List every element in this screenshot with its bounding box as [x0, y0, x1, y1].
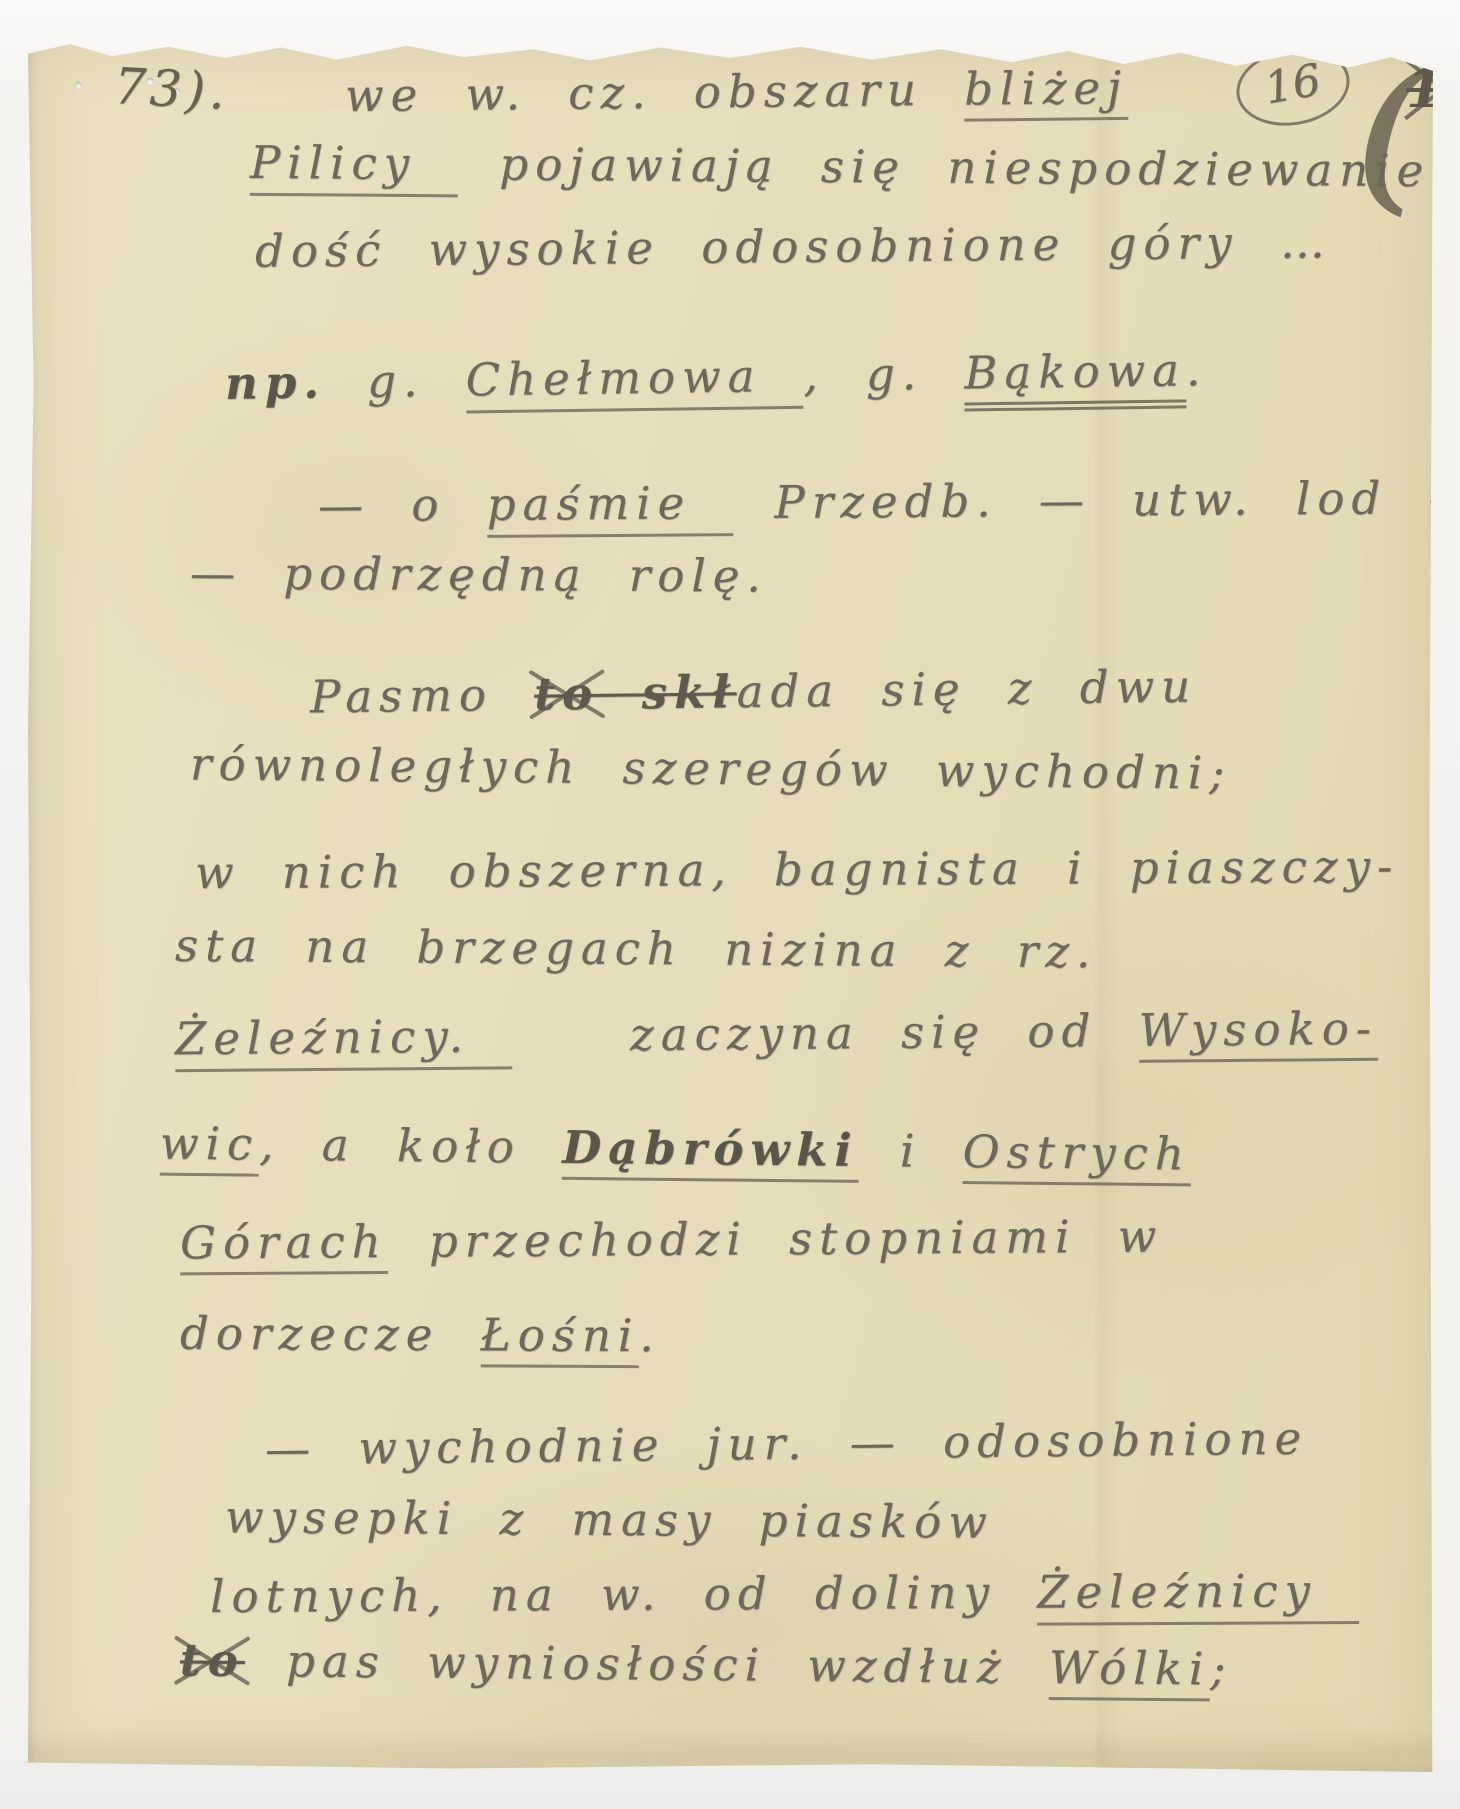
- scanned-document: 73). 16 ( 12 we w. cz. obszaru bliżej Pi…: [0, 0, 1460, 1809]
- handwritten-line: wysepki z masy piasków: [225, 1490, 994, 1548]
- text-segment-crossed-out: to: [180, 1633, 245, 1687]
- handwritten-line: Pasmo to składa się z dwu: [310, 660, 1198, 724]
- text-segment: sta na brzegach nizina z rz.: [175, 919, 1098, 978]
- text-segment: lotnych, na w. od doliny: [210, 1566, 1038, 1623]
- handwritten-line: we w. cz. obszaru bliżej: [345, 61, 1128, 122]
- text-segment: i: [858, 1124, 963, 1178]
- handwritten-line: sta na brzegach nizina z rz.: [175, 919, 1098, 978]
- text-segment-underlined: Dąbrówki: [562, 1121, 859, 1183]
- text-segment: Przedb. — utw. lod —: [733, 471, 1460, 529]
- text-segment-underlined: Wysoko-: [1138, 1002, 1378, 1063]
- text-segment: — podrzędną rolę.: [190, 546, 768, 602]
- page-number-circled: 16: [1230, 39, 1356, 135]
- text-segment-underlined: Żeleźnicy.: [175, 1009, 512, 1072]
- text-segment: równoległych szeregów wychodni;: [190, 737, 1232, 799]
- text-segment: Pasmo: [310, 668, 535, 724]
- text-segment: dorzecze: [180, 1307, 481, 1362]
- page-number-crossed-out: ( 12: [1366, 38, 1460, 228]
- text-segment: ;: [1210, 1642, 1233, 1695]
- text-segment-underlined: Wólki: [1049, 1641, 1211, 1701]
- item-number: 73).: [113, 57, 231, 121]
- handwritten-line: równoległych szeregów wychodni;: [190, 737, 1232, 799]
- crossed-number: 12: [1406, 56, 1460, 120]
- text-segment: wysepki z masy piasków: [225, 1490, 994, 1548]
- text-segment: — o: [318, 478, 487, 532]
- handwritten-line: dorzecze Łośni.: [180, 1307, 661, 1363]
- text-segment-underlined: Górach: [180, 1215, 388, 1275]
- text-segment-overwritten: np.: [225, 355, 327, 409]
- text-segment-underlined: Łośni: [480, 1308, 639, 1368]
- text-segment-underlined: Chełmowa: [465, 349, 804, 414]
- text-segment: we w. cz. obszaru: [345, 63, 965, 122]
- handwritten-line: — wychodnie jur. — odosobnione: [265, 1412, 1309, 1476]
- handwritten-line: wic, a koło Dąbrówki i Ostrych: [160, 1117, 1191, 1181]
- handwritten-line: lotnych, na w. od doliny Żeleźnicy: [210, 1564, 1359, 1623]
- handwritten-line: dość wysokie odosobnione góry …: [255, 215, 1332, 277]
- handwritten-line: Pilicy pojawiają się niespodziewanie: [250, 136, 1431, 197]
- text-segment: w nich obszerna, bagnista i piaszczy-: [195, 840, 1399, 899]
- bracket-mark: (: [1352, 34, 1435, 232]
- text-segment: pas wyniosłości wzdłuż: [245, 1634, 1050, 1694]
- text-segment-underlined: bliżej: [964, 61, 1128, 122]
- text-segment: g.: [326, 354, 466, 409]
- paper-pinhole: [75, 82, 82, 89]
- text-segment-crossed-out: to: [534, 667, 599, 721]
- text-segment: ada się z dwu: [736, 660, 1197, 719]
- text-segment: pojawiają się niespodziewanie: [458, 137, 1430, 197]
- text-segment: .: [1186, 343, 1208, 396]
- text-segment: zaczyna się od: [630, 1004, 1139, 1061]
- text-segment-underlined: Ostrych: [962, 1125, 1191, 1186]
- handwritten-line: to pas wyniosłości wzdłuż Wólki;: [180, 1633, 1233, 1695]
- text-segment-underlined: Pilicy: [250, 136, 459, 197]
- handwritten-line: np. g. Chełmowa, g. Bąkowa.: [225, 343, 1208, 410]
- text-segment-underlined: Bąkowa: [964, 343, 1186, 411]
- text-segment-underlined: Żeleźnicy: [1037, 1564, 1359, 1626]
- text-segment: — wychodnie jur. — odosobnione: [265, 1412, 1309, 1476]
- text-segment: , g.: [803, 347, 965, 402]
- text-segment-underlined: paśmie: [487, 476, 734, 538]
- text-segment-struck: skł: [599, 665, 737, 720]
- handwritten-line: — podrzędną rolę.: [190, 546, 768, 602]
- handwritten-line: w nich obszerna, bagnista i piaszczy-: [195, 840, 1399, 899]
- manuscript-page: 73). 16 ( 12 we w. cz. obszaru bliżej Pi…: [28, 38, 1433, 1772]
- text-segment: , a koło: [259, 1118, 563, 1174]
- handwritten-line: Górach przechodzi stopniami w: [180, 1210, 1164, 1270]
- text-segment: przechodzi stopniami w: [387, 1210, 1163, 1268]
- handwritten-line: Żeleźnicy.zaczyna się od Wysoko-: [175, 1002, 1378, 1065]
- text-segment-underlined: wic: [160, 1117, 260, 1177]
- handwritten-line: — o paśmie Przedb. — utw. lod —: [318, 471, 1460, 532]
- text-segment: dość wysokie odosobnione góry …: [255, 215, 1332, 277]
- text-segment: .: [639, 1309, 661, 1362]
